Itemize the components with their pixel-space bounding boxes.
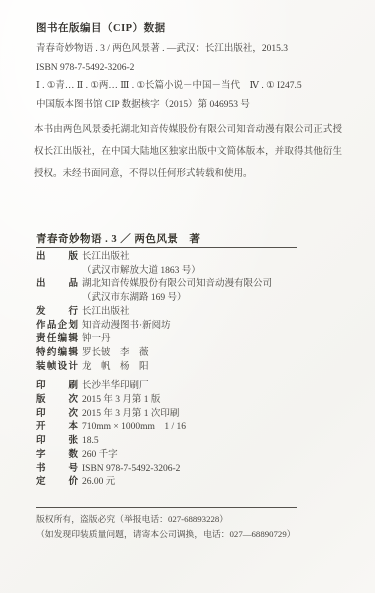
cip-line-classification: Ⅰ . ①青… Ⅱ . ①两… Ⅲ . ①长篇小说－中国－当代 Ⅳ . ① I2…: [36, 77, 347, 96]
copyright-notice: 版权所有，盗版必究（举报电话：027-68893228） （如发现印装质量问题，…: [36, 512, 356, 541]
colophon-row-isbn: 书号ISBN 978-7-5492-3206-2: [36, 463, 356, 477]
row-label: 书号: [36, 463, 78, 477]
divider-top: [36, 247, 297, 248]
cip-line-registration: 中国版本图书馆 CIP 数据核字（2015）第 046953 号: [36, 96, 347, 115]
colophon-list: 出版长江出版社 （武汉市解放大道 1863 号） 出品湖北知音传媒股份有限公司知…: [36, 251, 356, 490]
book-title-line: 青春奇妙物语 . 3 ／ 两色风景 著: [36, 231, 316, 246]
row-value: （武汉市东湖路 169 号）: [82, 293, 187, 303]
row-value: 18.5: [82, 436, 99, 446]
row-value: 2015 年 3 月第 1 次印刷: [82, 409, 179, 419]
row-value: 钟一丹: [82, 334, 111, 344]
colophon-row-planning: 作品企划知音动漫图书·新阅坊: [36, 320, 356, 334]
row-label: 开本: [36, 421, 78, 435]
colophon-row-edition: 版次2015 年 3 月第 1 版: [36, 394, 356, 408]
row-label: 印张: [36, 435, 78, 449]
colophon-row-format: 开本710mm × 1000mm 1 / 16: [36, 421, 356, 435]
row-label: 责任编辑: [36, 333, 78, 347]
row-value: 湖北知音传媒股份有限公司知音动漫有限公司: [82, 279, 272, 289]
row-value: 龙 帆 杨 阳: [82, 362, 149, 372]
row-value: 长江出版社: [82, 252, 130, 262]
row-label: 出版: [36, 251, 78, 265]
cip-block: 图书在版编目（CIP）数据 青春奇妙物语 . 3 / 两色风景著 . —武汉：长…: [36, 20, 347, 114]
cip-line-isbn: ISBN 978-7-5492-3206-2: [36, 59, 347, 78]
row-label: 装帧设计: [36, 361, 78, 375]
colophon-row-contributing-editors: 特约编辑罗长铍 李 薇: [36, 347, 356, 361]
row-label: 出品: [36, 278, 78, 292]
row-label: 印次: [36, 408, 78, 422]
row-value: 罗长铍 李 薇: [82, 348, 149, 358]
row-label: 印刷: [36, 380, 78, 394]
copyright-page: 图书在版编目（CIP）数据 青春奇妙物语 . 3 / 两色风景著 . —武汉：长…: [0, 0, 375, 593]
row-value: ISBN 978-7-5492-3206-2: [82, 464, 180, 474]
row-value: 26.00 元: [82, 477, 115, 487]
colophon-row-price: 定价26.00 元: [36, 476, 356, 490]
cip-line-title: 青春奇妙物语 . 3 / 两色风景著 . —武汉：长江出版社，2015.3: [36, 40, 347, 59]
colophon-row-printer: 印刷长沙半华印刷厂: [36, 380, 356, 394]
row-label: 版次: [36, 394, 78, 408]
row-label: 特约编辑: [36, 347, 78, 361]
colophon-row-publisher: 出版长江出版社: [36, 251, 356, 265]
row-value: 2015 年 3 月第 1 版: [82, 395, 160, 405]
row-label: 发行: [36, 306, 78, 320]
row-value: （武汉市解放大道 1863 号）: [82, 266, 201, 276]
colophon-row-publisher-address: （武汉市解放大道 1863 号）: [36, 265, 356, 279]
row-value: 710mm × 1000mm 1 / 16: [82, 422, 186, 432]
quality-exchange-line: （如发现印装质量问题，请寄本公司调换，电话：027—68890729）: [36, 527, 356, 542]
colophon-row-printing: 印次2015 年 3 月第 1 次印刷: [36, 408, 356, 422]
colophon-row-distributor: 发行长江出版社: [36, 306, 356, 320]
authorization-paragraph: 本书由两色风景委托湖北知音传媒股份有限公司知音动漫有限公司正式授权长江出版社，在…: [34, 119, 342, 185]
piracy-warning-line: 版权所有，盗版必究（举报电话：027-68893228）: [36, 512, 356, 527]
colophon-row-responsible-editor: 责任编辑钟一丹: [36, 333, 356, 347]
row-value: 长江出版社: [82, 307, 130, 317]
colophon-row-design: 装帧设计龙 帆 杨 阳: [36, 361, 356, 375]
cip-header: 图书在版编目（CIP）数据: [36, 20, 347, 35]
row-label: 定价: [36, 476, 78, 490]
colophon-row-word-count: 字数260 千字: [36, 449, 356, 463]
row-label: 字数: [36, 449, 78, 463]
colophon-row-sheets: 印张18.5: [36, 435, 356, 449]
divider-bottom: [36, 507, 297, 508]
colophon-row-producer-address: （武汉市东湖路 169 号）: [36, 292, 356, 306]
row-value: 长沙半华印刷厂: [82, 381, 149, 391]
row-label: 作品企划: [36, 320, 78, 334]
row-value: 260 千字: [82, 450, 118, 460]
colophon-row-producer: 出品湖北知音传媒股份有限公司知音动漫有限公司: [36, 278, 356, 292]
row-value: 知音动漫图书·新阅坊: [82, 321, 171, 331]
